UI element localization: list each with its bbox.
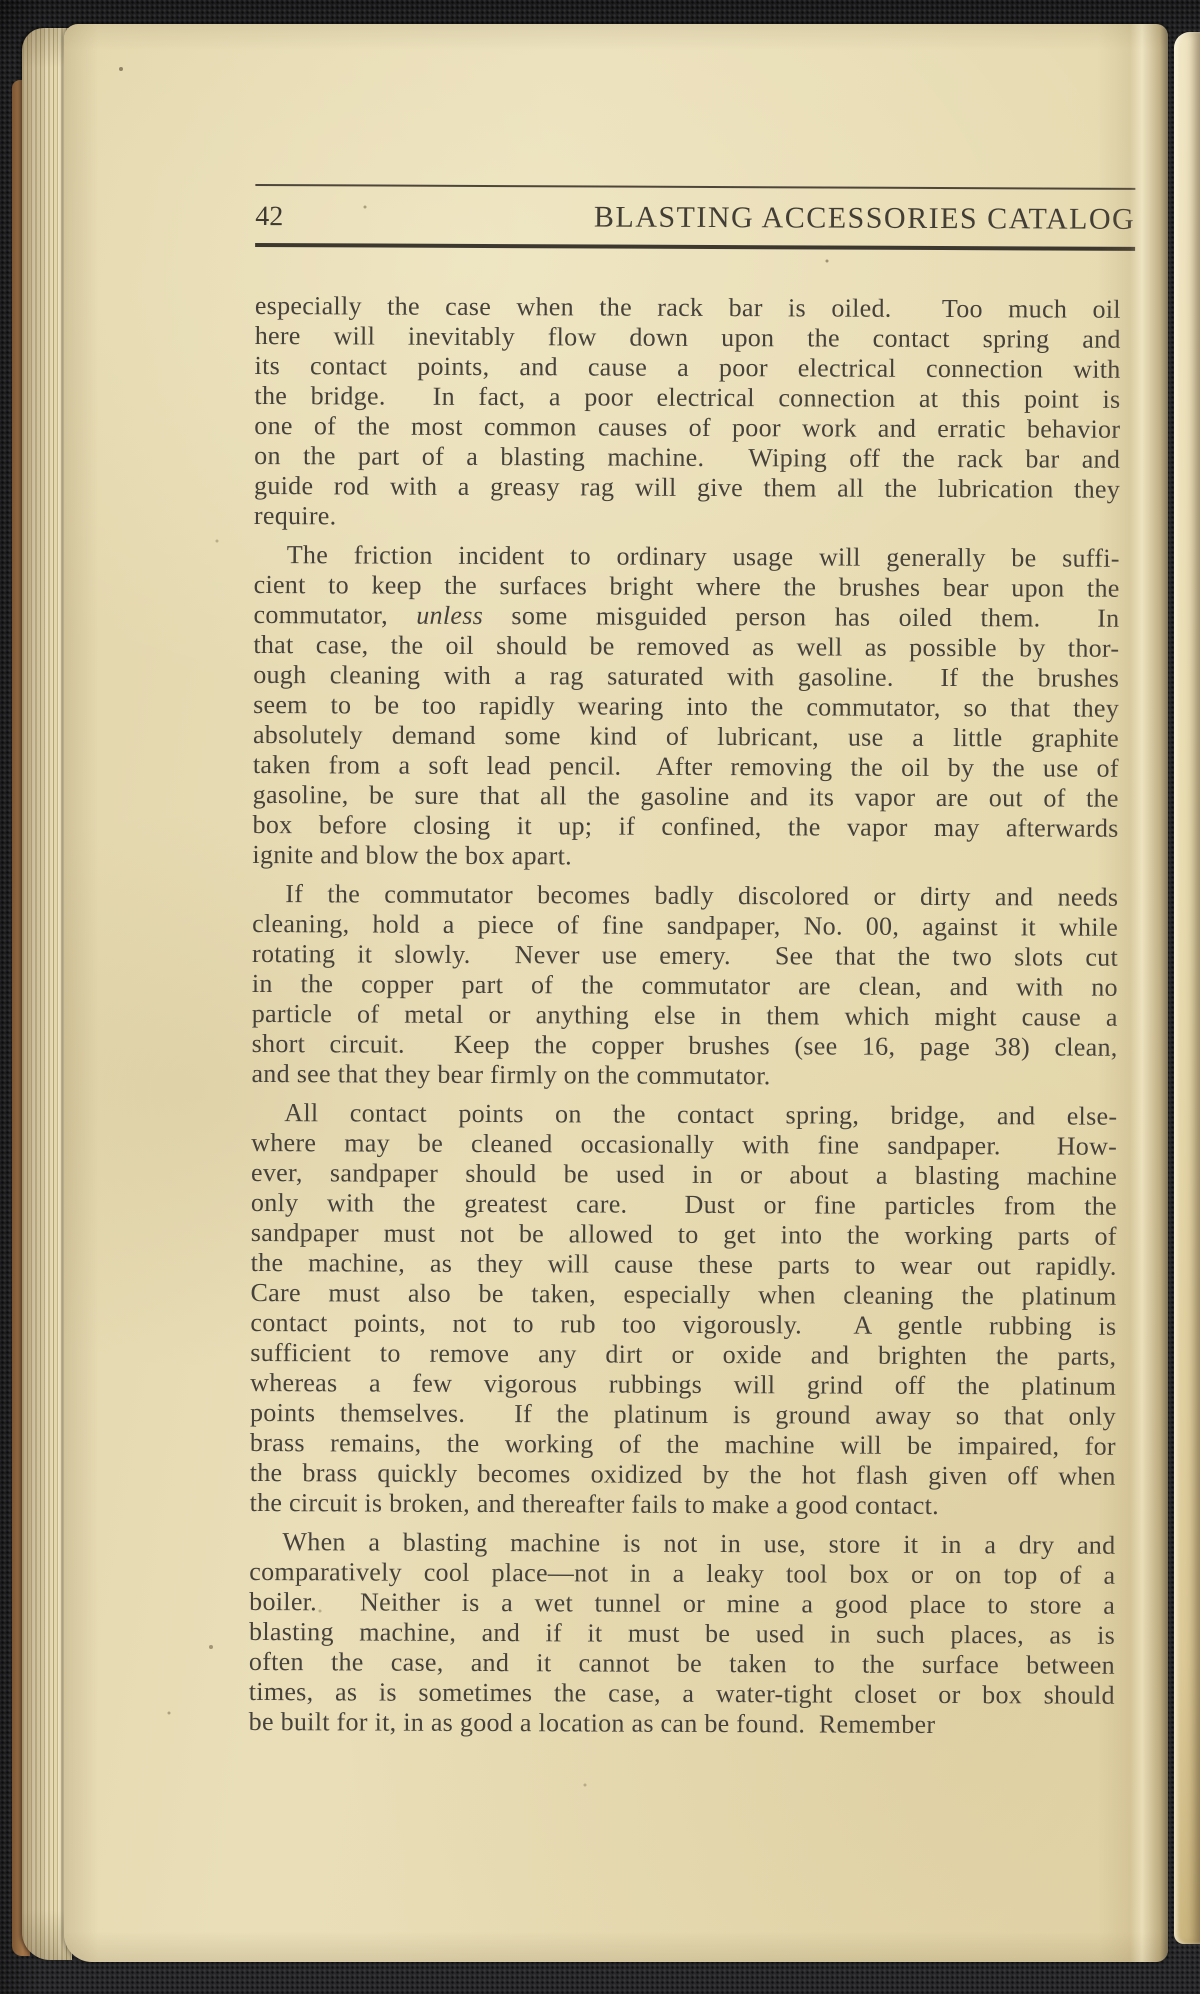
text-line: in the copper part of the commutator are… — [252, 969, 1118, 1003]
text-line: commutator, unless some misguided person… — [253, 600, 1119, 634]
text-line: box before closing it up; if confined, t… — [253, 810, 1119, 844]
text-line: ever, sandpaper should be used in or abo… — [251, 1158, 1117, 1192]
text-line: gasoline, be sure that all the gasoline … — [253, 780, 1119, 814]
paragraph: If the commutator becomes badly discolor… — [251, 879, 1118, 1093]
text-line: blasting machine, and if it must be used… — [249, 1617, 1115, 1651]
text-line: If the commutator becomes badly discolor… — [252, 879, 1118, 913]
text-line: that case, the oil should be removed as … — [253, 630, 1119, 664]
book-page: 42 BLASTING ACCESSORIES CATALOG especial… — [64, 24, 1168, 1962]
text-line: its contact points, and cause a poor ele… — [255, 351, 1121, 385]
text-line: ignite and blow the box apart. — [252, 840, 1118, 874]
page-paragraphs: especially the case when the rack bar is… — [249, 291, 1121, 1741]
text-line: whereas a few vigorous rubbings will gri… — [250, 1368, 1116, 1402]
text-line: The friction incident to ordinary usage … — [254, 540, 1120, 574]
text-line: and see that they bear firmly on the com… — [251, 1059, 1117, 1093]
text-line: times, as is sometimes the case, a water… — [249, 1677, 1115, 1711]
text-line: absolutely demand some kind of lubricant… — [253, 720, 1119, 754]
running-header: 42 BLASTING ACCESSORIES CATALOG — [255, 184, 1135, 251]
text-line: seem to be too rapidly wearing into the … — [253, 690, 1119, 724]
text-line: contact points, not to rub too vigorousl… — [250, 1308, 1116, 1342]
text-line: guide rod with a greasy rag will give th… — [254, 471, 1120, 505]
text-line: the brass quickly becomes oxidized by th… — [250, 1458, 1116, 1492]
text-line: often the case, and it cannot be taken t… — [249, 1647, 1115, 1681]
text-line: here will inevitably flow down upon the … — [255, 321, 1121, 355]
text-line: the bridge. In fact, a poor electrical c… — [254, 381, 1120, 415]
text-line: taken from a soft lead pencil. After rem… — [253, 750, 1119, 784]
text-line: points themselves. If the platinum is gr… — [250, 1398, 1116, 1432]
paragraph: especially the case when the rack bar is… — [254, 291, 1121, 535]
text-line: one of the most common causes of poor wo… — [254, 411, 1120, 445]
text-line: particle of metal or anything else in th… — [252, 999, 1118, 1033]
text-line: boiler. Neither is a wet tunnel or mine … — [249, 1587, 1115, 1621]
paragraph: All contact points on the contact spring… — [250, 1098, 1118, 1522]
text-line: rotating it slowly. Never use emery. See… — [252, 939, 1118, 973]
text-line: short circuit. Keep the copper brushes (… — [252, 1029, 1118, 1063]
page-number: 42 — [255, 200, 283, 234]
text-line: require. — [254, 501, 1120, 535]
paragraph: When a blasting machine is not in use, s… — [249, 1527, 1116, 1741]
text-line: cleaning, hold a piece of fine sandpaper… — [252, 909, 1118, 943]
text-line: only with the greatest care. Dust or fin… — [251, 1188, 1117, 1222]
text-line: comparatively cool place—not in a leaky … — [249, 1557, 1115, 1591]
text-line: be built for it, in as good a location a… — [249, 1707, 1115, 1741]
next-page-edge — [1174, 32, 1200, 1944]
paragraph: The friction incident to ordinary usage … — [252, 540, 1119, 874]
text-line: where may be cleaned occasionally with f… — [251, 1128, 1117, 1162]
text-line: Care must also be taken, especially when… — [250, 1278, 1116, 1312]
running-title: BLASTING ACCESSORIES CATALOG — [594, 200, 1135, 236]
text-line: ough cleaning with a rag saturated with … — [253, 660, 1119, 694]
text-line: cient to keep the surfaces bright where … — [254, 570, 1120, 604]
page-content: 42 BLASTING ACCESSORIES CATALOG especial… — [249, 184, 1136, 1741]
text-line: When a blasting machine is not in use, s… — [249, 1527, 1115, 1561]
text-line: the circuit is broken, and thereafter fa… — [250, 1488, 1116, 1522]
text-line: on the part of a blasting machine. Wipin… — [254, 441, 1120, 475]
text-line: brass remains, the working of the machin… — [250, 1428, 1116, 1462]
text-line: sandpaper must not be allowed to get int… — [251, 1218, 1117, 1252]
text-line: sufficient to remove any dirt or oxide a… — [250, 1338, 1116, 1372]
text-line: the machine, as they will cause these pa… — [251, 1248, 1117, 1282]
text-line: All contact points on the contact spring… — [251, 1098, 1117, 1132]
text-line: especially the case when the rack bar is… — [255, 291, 1121, 325]
